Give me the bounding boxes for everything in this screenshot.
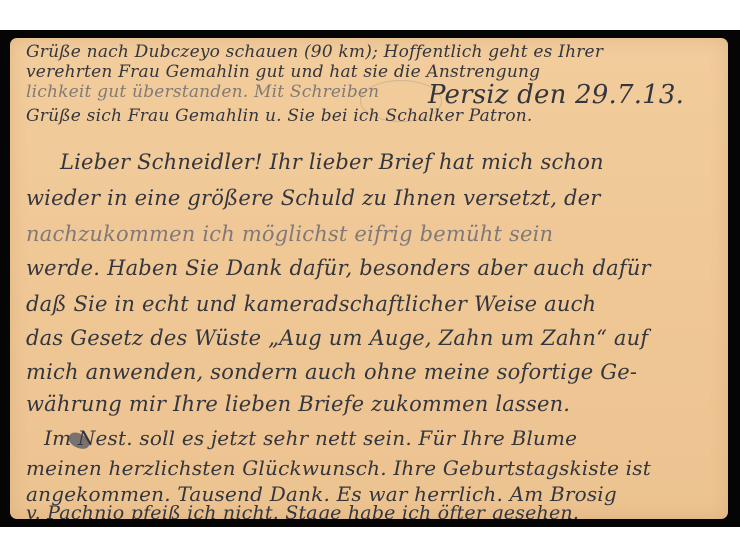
postcard: Grüße nach Dubczeyo schauen (90 km); Hof… xyxy=(10,38,728,519)
handwritten-line-3: lichkeit gut überstanden. Mit Schreiben xyxy=(26,82,326,102)
handwritten-line-14: meinen herzlichsten Glückwunsch. Ihre Ge… xyxy=(26,456,718,480)
handwritten-line-10: das Gesetz des Wüste „Aug um Auge, Zahn … xyxy=(26,326,718,350)
handwritten-line-11: mich anwenden, sondern auch ohne meine s… xyxy=(26,360,718,384)
handwritten-line-8: werde. Haben Sie Dank dafür, besonders a… xyxy=(26,256,718,280)
handwritten-line-9: daß Sie in echt und kameradschaftlicher … xyxy=(26,292,718,316)
handwritten-line-1: Grüße nach Dubczeyo schauen (90 km); Hof… xyxy=(26,42,718,62)
handwritten-line-4: Grüße sich Frau Gemahlin u. Sie bei ich … xyxy=(26,106,718,126)
handwritten-line-7: nachzukommen ich möglichst eifrig bemüht… xyxy=(26,222,718,246)
handwritten-line-6: wieder in eine größere Schuld zu Ihnen v… xyxy=(26,186,718,210)
handwritten-line-16: v. Pachnio pfeiß ich nicht. Stage habe i… xyxy=(26,502,718,519)
handwritten-line-5: Lieber Schneidler! Ihr lieber Brief hat … xyxy=(60,150,718,174)
handwritten-line-2: verehrten Frau Gemahlin gut und hat sie … xyxy=(26,62,718,82)
handwritten-line-12: währung mir Ihre lieben Briefe zukommen … xyxy=(26,392,718,416)
handwritten-line-13: Im Nest. soll es jetzt sehr nett sein. F… xyxy=(44,426,718,450)
